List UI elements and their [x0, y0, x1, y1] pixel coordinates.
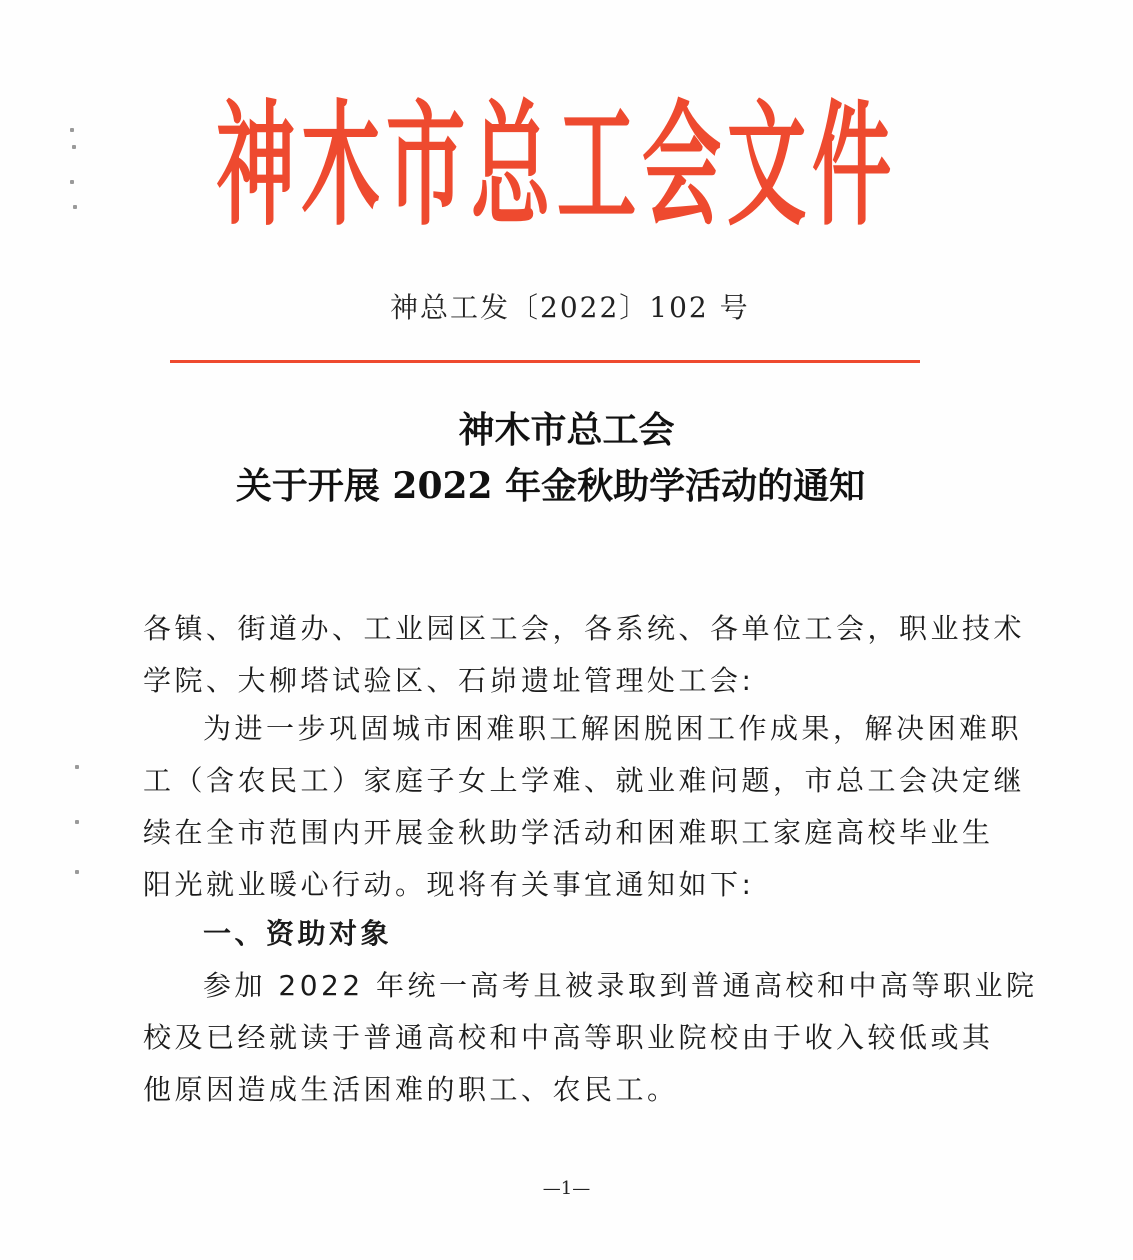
scan-mark: [75, 870, 79, 874]
notice-title-issuer: 神木市总工会: [0, 402, 1133, 453]
notice-title-subject: 关于开展 2022 年金秋助学活动的通知: [0, 458, 1117, 509]
addressee-line: 学院、大柳塔试验区、石峁遗址管理处工会:: [143, 655, 754, 707]
masthead-char: 总: [471, 100, 523, 234]
paragraph-line: 校及已经就读于普通高校和中高等职业院校由于收入较低或其: [143, 1012, 994, 1064]
masthead-char: 工: [557, 100, 609, 234]
paragraph-line: 为进一步巩固城市困难职工解困脱困工作成果，解决困难职: [143, 703, 1022, 755]
paragraph-line: 参加 2022 年统一高考且被录取到普通高校和中高等职业院: [143, 960, 1038, 1012]
masthead-char: 市: [386, 100, 438, 234]
masthead-char: 神: [216, 100, 268, 234]
scan-mark: [70, 128, 74, 132]
scan-mark: [70, 180, 74, 184]
paragraph-line: 工（含农民工）家庭子女上学难、就业难问题，市总工会决定继: [143, 755, 1025, 807]
addressee-line: 各镇、街道办、工业园区工会，各系统、各单位工会，职业技术: [143, 603, 1025, 655]
scan-mark: [72, 145, 76, 149]
document-page: 神 木 市 总 工 会 文 件 神总工发〔2022〕102 号 神木市总工会 关…: [0, 0, 1133, 1260]
scan-mark: [75, 765, 79, 769]
page-number: —1—: [0, 1178, 1133, 1199]
masthead-title: 神 木 市 总 工 会 文 件: [200, 92, 880, 242]
scan-mark: [75, 820, 79, 824]
section-heading: 一、资助对象: [143, 908, 392, 960]
masthead-char: 木: [301, 100, 353, 234]
scan-mark: [73, 205, 77, 209]
document-number: 神总工发〔2022〕102 号: [390, 286, 750, 326]
paragraph-line: 阳光就业暖心行动。现将有关事宜通知如下:: [143, 859, 754, 911]
masthead-char: 件: [812, 100, 864, 234]
red-divider: [170, 360, 920, 363]
masthead-char: 文: [727, 100, 779, 234]
masthead-char: 会: [642, 100, 694, 234]
paragraph-line: 他原因造成生活困难的职工、农民工。: [143, 1064, 679, 1116]
paragraph-line: 续在全市范围内开展金秋助学活动和困难职工家庭高校毕业生: [143, 807, 994, 859]
